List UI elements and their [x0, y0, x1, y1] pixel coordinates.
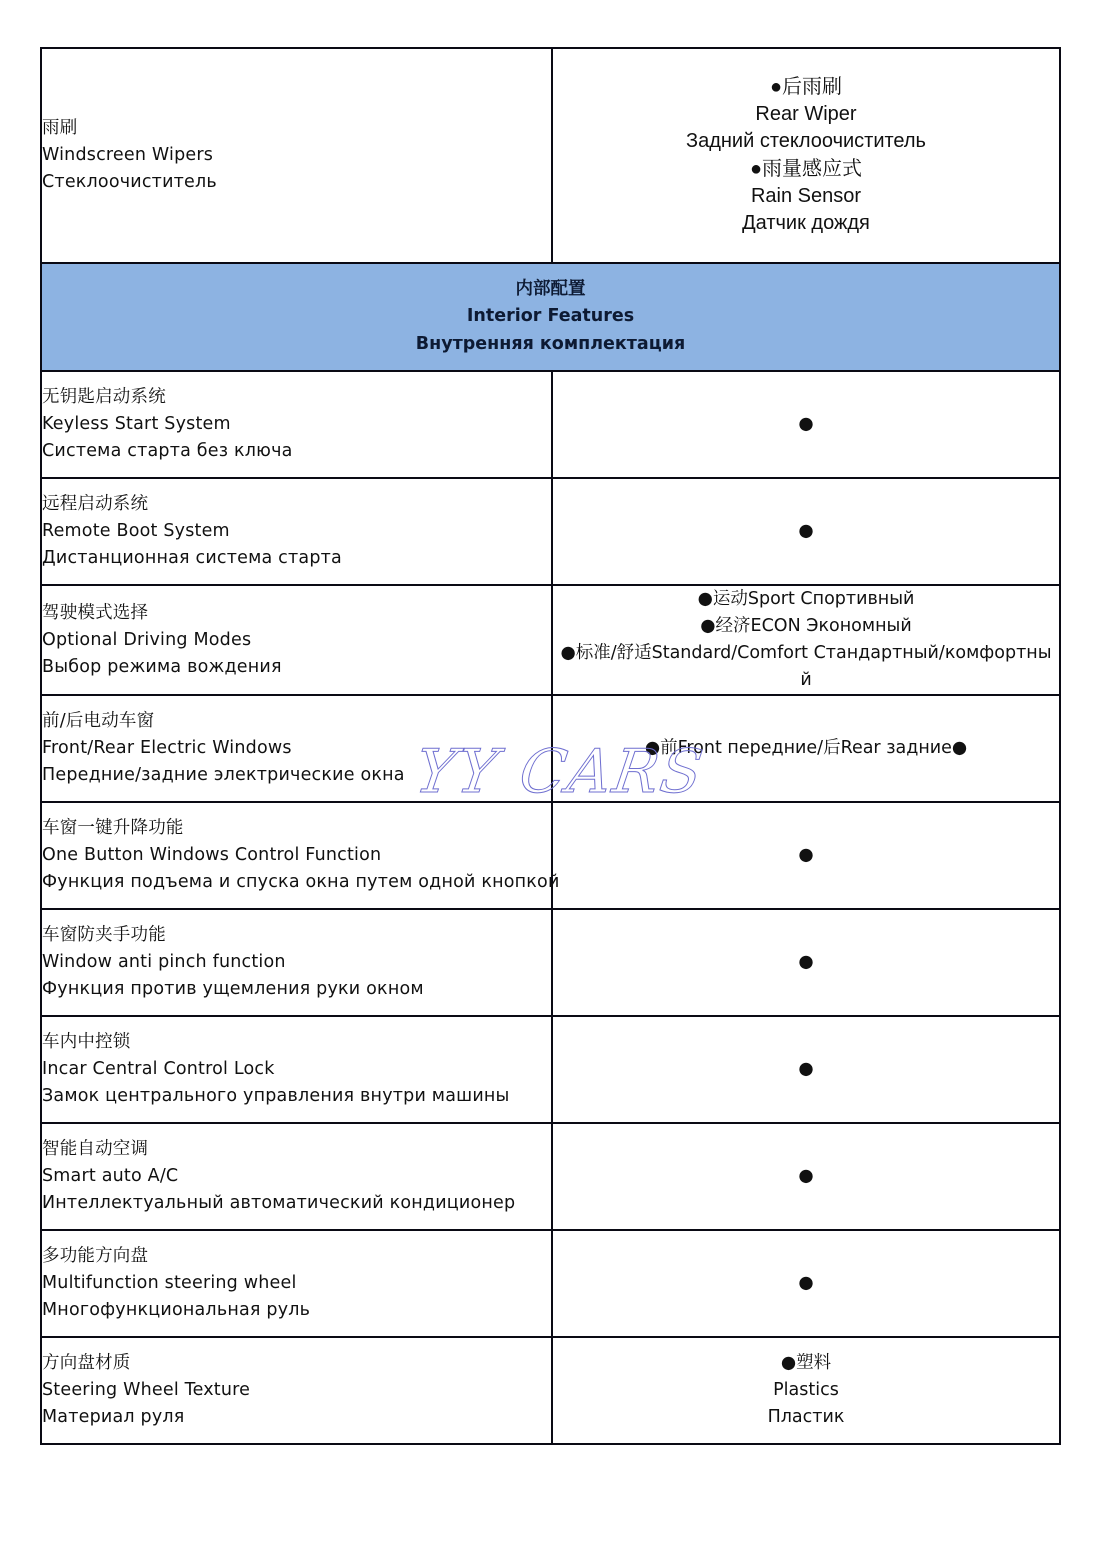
value-line: ●雨量感应式	[553, 156, 1059, 183]
table-row: 远程启动系统Remote Boot SystemДистанционная си…	[41, 478, 1060, 585]
value-line: Plastics	[553, 1377, 1059, 1404]
feature-label-en: Windscreen Wipers	[42, 142, 551, 169]
included-dot-icon: ●	[553, 518, 1059, 545]
value-line: Датчик дождя	[553, 210, 1059, 237]
feature-label-cell: 远程启动系统Remote Boot SystemДистанционная си…	[41, 478, 552, 585]
feature-label-ru: Стеклоочиститель	[42, 169, 551, 196]
feature-value-cell: ●前Front передние/后Rear задние●	[552, 695, 1060, 802]
feature-label-ru: Функция подъема и спуска окна путем одно…	[42, 869, 551, 896]
feature-label-zh: 远程启动系统	[42, 491, 551, 518]
feature-label-cell: 方向盘材质Steering Wheel TextureМатериал руля	[41, 1337, 552, 1444]
feature-label-zh: 无钥匙启动系统	[42, 384, 551, 411]
table-row: 无钥匙启动系统Keyless Start SystemСистема старт…	[41, 371, 1060, 478]
table-row: 驾驶模式选择Optional Driving ModesВыбор режима…	[41, 585, 1060, 695]
feature-value-cell: ●	[552, 802, 1060, 909]
feature-value-cell: ●	[552, 1016, 1060, 1123]
table-row: 车窗一键升降功能One Button Windows Control Funct…	[41, 802, 1060, 909]
feature-label-zh: 驾驶模式选择	[42, 600, 551, 627]
included-dot-icon: ●	[553, 949, 1059, 976]
feature-label-cell: 车窗防夹手功能Window anti pinch functionФункция…	[41, 909, 552, 1016]
feature-value-cell: ●运动Sport Спортивный●经济ECON Экономный●标准/…	[552, 585, 1060, 695]
feature-label-en: Smart auto A/C	[42, 1163, 551, 1190]
spec-table: 雨刷 Windscreen Wipers Стеклоочиститель ●后…	[40, 47, 1061, 1445]
feature-label-ru: Материал руля	[42, 1404, 551, 1431]
feature-label-ru: Интеллектуальный автоматический кондицио…	[42, 1190, 551, 1217]
section-title-ru: Внутренняя комплектация	[42, 331, 1059, 359]
feature-label-cell: 多功能方向盘Multifunction steering wheelМногоф…	[41, 1230, 552, 1337]
table-row-wipers: 雨刷 Windscreen Wipers Стеклоочиститель ●后…	[41, 48, 1060, 263]
feature-label-ru: Функция против ущемления руки окном	[42, 976, 551, 1003]
feature-label-ru: Передние/задние электрические окна	[42, 762, 551, 789]
feature-label-cell: 智能自动空调Smart auto A/CИнтеллектуальный авт…	[41, 1123, 552, 1230]
feature-value-cell: ●	[552, 371, 1060, 478]
value-line: ●后雨刷	[553, 74, 1059, 101]
feature-label-ru: Дистанционная система старта	[42, 545, 551, 572]
included-dot-icon: ●	[553, 1056, 1059, 1083]
feature-label-en: Incar Central Control Lock	[42, 1056, 551, 1083]
feature-label-ru: Замок центрального управления внутри маш…	[42, 1083, 551, 1110]
feature-label-en: Remote Boot System	[42, 518, 551, 545]
feature-label-en: Front/Rear Electric Windows	[42, 735, 551, 762]
value-line: ●运动Sport Спортивный	[553, 586, 1059, 613]
feature-label-en: Optional Driving Modes	[42, 627, 551, 654]
feature-label-en: Multifunction steering wheel	[42, 1270, 551, 1297]
included-dot-icon: ●	[553, 1163, 1059, 1190]
section-title-en: Interior Features	[42, 303, 1059, 331]
value-line: ●塑料	[553, 1350, 1059, 1377]
feature-label-ru: Выбор режима вождения	[42, 654, 551, 681]
value-line: ●标准/舒适Standard/Comfort Стандартный/комфо…	[553, 640, 1059, 667]
section-title-zh: 内部配置	[42, 276, 1059, 304]
feature-label-ru: Многофункциональная руль	[42, 1297, 551, 1324]
feature-label-en: Keyless Start System	[42, 411, 551, 438]
feature-label-zh: 车窗一键升降功能	[42, 815, 551, 842]
feature-label-cell: 前/后电动车窗Front/Rear Electric WindowsПередн…	[41, 695, 552, 802]
value-line: й	[553, 667, 1059, 694]
feature-label-zh: 多功能方向盘	[42, 1243, 551, 1270]
feature-label-zh: 雨刷	[42, 115, 551, 142]
table-row: 智能自动空调Smart auto A/CИнтеллектуальный авт…	[41, 1123, 1060, 1230]
table-row: 多功能方向盘Multifunction steering wheelМногоф…	[41, 1230, 1060, 1337]
included-dot-icon: ●	[553, 842, 1059, 869]
table-row: 方向盘材质Steering Wheel TextureМатериал руля…	[41, 1337, 1060, 1444]
feature-label-en: One Button Windows Control Function	[42, 842, 551, 869]
value-line: Задний стеклоочиститель	[553, 128, 1059, 155]
feature-label-cell: 车窗一键升降功能One Button Windows Control Funct…	[41, 802, 552, 909]
feature-value-cell: ●	[552, 1230, 1060, 1337]
feature-label-cell: 雨刷 Windscreen Wipers Стеклоочиститель	[41, 48, 552, 263]
feature-label-zh: 前/后电动车窗	[42, 708, 551, 735]
feature-label-cell: 无钥匙启动系统Keyless Start SystemСистема старт…	[41, 371, 552, 478]
feature-label-en: Window anti pinch function	[42, 949, 551, 976]
feature-label-ru: Система старта без ключа	[42, 438, 551, 465]
feature-label-zh: 智能自动空调	[42, 1136, 551, 1163]
table-row: 车窗防夹手功能Window anti pinch functionФункция…	[41, 909, 1060, 1016]
value-line: Пластик	[553, 1404, 1059, 1431]
value-line: ●前Front передние/后Rear задние●	[553, 735, 1059, 762]
value-line: Rear Wiper	[553, 101, 1059, 128]
section-header-row: 内部配置 Interior Features Внутренняя компле…	[41, 263, 1060, 371]
feature-value-cell: ●	[552, 1123, 1060, 1230]
included-dot-icon: ●	[553, 1270, 1059, 1297]
feature-value-cell: ●后雨刷 Rear Wiper Задний стеклоочиститель …	[552, 48, 1060, 263]
feature-label-en: Steering Wheel Texture	[42, 1377, 551, 1404]
value-line: Rain Sensor	[553, 183, 1059, 210]
value-line: ●经济ECON Экономный	[553, 613, 1059, 640]
feature-value-cell: ●	[552, 909, 1060, 1016]
feature-rows: 无钥匙启动系统Keyless Start SystemСистема старт…	[41, 371, 1060, 1444]
section-header-interior: 内部配置 Interior Features Внутренняя компле…	[41, 263, 1060, 371]
included-dot-icon: ●	[553, 411, 1059, 438]
feature-label-cell: 驾驶模式选择Optional Driving ModesВыбор режима…	[41, 585, 552, 695]
feature-label-zh: 方向盘材质	[42, 1350, 551, 1377]
feature-value-cell: ●塑料PlasticsПластик	[552, 1337, 1060, 1444]
feature-label-zh: 车内中控锁	[42, 1029, 551, 1056]
table-row: 前/后电动车窗Front/Rear Electric WindowsПередн…	[41, 695, 1060, 802]
table-row: 车内中控锁Incar Central Control LockЗамок цен…	[41, 1016, 1060, 1123]
feature-label-cell: 车内中控锁Incar Central Control LockЗамок цен…	[41, 1016, 552, 1123]
feature-value-cell: ●	[552, 478, 1060, 585]
feature-label-zh: 车窗防夹手功能	[42, 922, 551, 949]
